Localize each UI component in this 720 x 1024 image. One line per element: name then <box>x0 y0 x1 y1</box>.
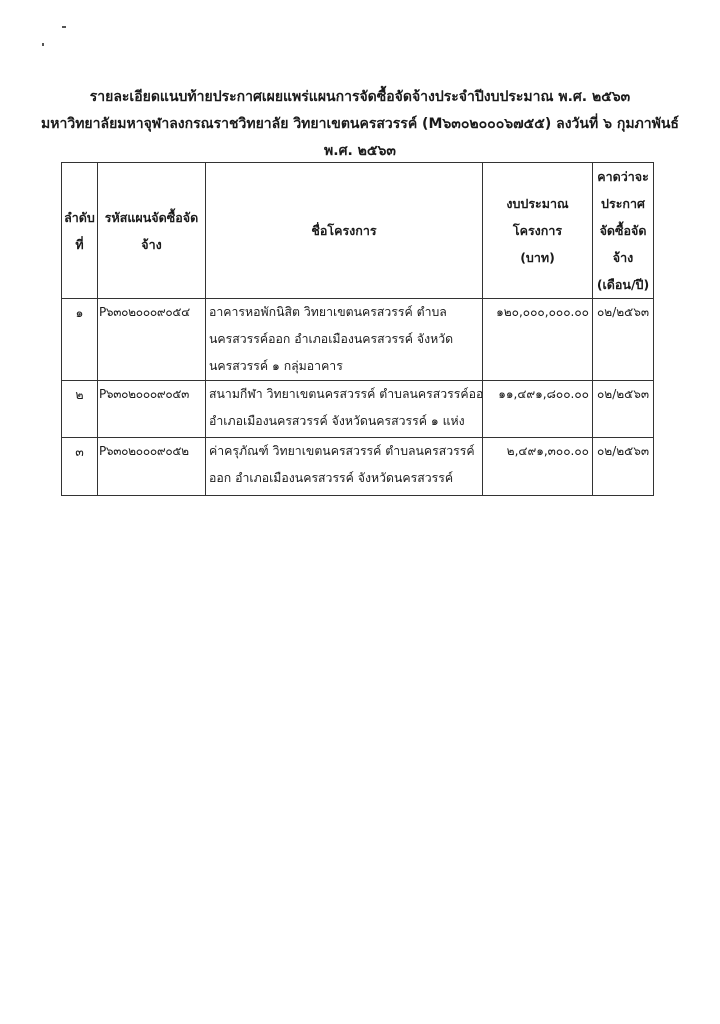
budget-amount: ๒,๔๙๑,๓๐๐.๐๐ <box>483 438 593 496</box>
text-line: จ้าง <box>593 244 653 271</box>
document-title-line-1: รายละเอียดแนบท้ายประกาศเผยแพร่แผนการจัดซ… <box>0 88 720 106</box>
budget-amount: ๑๑,๔๙๑,๘๐๐.๐๐ <box>483 381 593 438</box>
plan-code: P๖๓๐๒๐๐๐๙๐๕๔ <box>98 299 206 381</box>
text-line: จ้าง <box>101 231 202 258</box>
header-sequence: ลำดับที่ <box>62 163 98 299</box>
text-line: ค่าครุภัณฑ์ วิทยาเขตนครสวรรค์ ตำบลนครสวร… <box>209 438 479 465</box>
text-line: นครสวรรค์ออก อำเภอเมืองนครสวรรค์ จังหวัด <box>209 326 479 353</box>
table-row: ๒ P๖๓๐๒๐๐๐๙๐๕๓ สนามกีฬา วิทยาเขตนครสวรรค… <box>62 381 654 438</box>
text-line: (บาท) <box>486 244 589 271</box>
text-line: ชื่อโครงการ <box>209 217 479 244</box>
row-number: ๑ <box>62 299 98 381</box>
table-header-row: ลำดับที่ รหัสแผนจัดซื้อจัดจ้าง ชื่อโครงก… <box>62 163 654 299</box>
expected-date: ๐๒/๒๕๖๓ <box>593 299 654 381</box>
text-line: งบประมาณ <box>486 190 589 217</box>
procurement-plan-table: ลำดับที่ รหัสแผนจัดซื้อจัดจ้าง ชื่อโครงก… <box>61 162 654 496</box>
text-line: รหัสแผนจัดซื้อจัด <box>101 204 202 231</box>
text-line: สนามกีฬา วิทยาเขตนครสวรรค์ ตำบลนครสวรรค์… <box>209 381 479 408</box>
header-expected-date: คาดว่าจะประกาศจัดซื้อจัดจ้าง(เดือน/ปี) <box>593 163 654 299</box>
text-line: ออก อำเภอเมืองนครสวรรค์ จังหวัดนครสวรรค์ <box>209 465 479 492</box>
text-line: โครงการ <box>486 217 589 244</box>
plan-code: P๖๓๐๒๐๐๐๙๐๕๒ <box>98 438 206 496</box>
text-line: ลำดับ <box>62 204 97 231</box>
project-name: สนามกีฬา วิทยาเขตนครสวรรค์ ตำบลนครสวรรค์… <box>206 381 483 438</box>
budget-amount: ๑๒๐,๐๐๐,๐๐๐.๐๐ <box>483 299 593 381</box>
row-number: ๒ <box>62 381 98 438</box>
text-line: คาดว่าจะ <box>593 163 653 190</box>
text-line: จัดซื้อจัด <box>593 217 653 244</box>
text-line: อาคารหอพักนิสิต วิทยาเขตนครสวรรค์ ตำบล <box>209 299 479 326</box>
text-line: นครสวรรค์ ๑ กลุ่มอาคาร <box>209 353 479 380</box>
document-title-line-2: มหาวิทยาลัยมหาจุฬาลงกรณราชวิทยาลัย วิทยา… <box>0 115 720 133</box>
text-line: (เดือน/ปี) <box>593 271 653 298</box>
project-name: อาคารหอพักนิสิต วิทยาเขตนครสวรรค์ ตำบลนค… <box>206 299 483 381</box>
scan-speck <box>42 43 44 46</box>
text-line: อำเภอเมืองนครสวรรค์ จังหวัดนครสวรรค์ ๑ แ… <box>209 408 479 435</box>
expected-date: ๐๒/๒๕๖๓ <box>593 381 654 438</box>
plan-code: P๖๓๐๒๐๐๐๙๐๕๓ <box>98 381 206 438</box>
header-project-name: ชื่อโครงการ <box>206 163 483 299</box>
text-line: ที่ <box>62 231 97 258</box>
expected-date: ๐๒/๒๕๖๓ <box>593 438 654 496</box>
table-row: ๑ P๖๓๐๒๐๐๐๙๐๕๔ อาคารหอพักนิสิต วิทยาเขตน… <box>62 299 654 381</box>
row-number: ๓ <box>62 438 98 496</box>
table-row: ๓ P๖๓๐๒๐๐๐๙๐๕๒ ค่าครุภัณฑ์ วิทยาเขตนครสว… <box>62 438 654 496</box>
text-line: ประกาศ <box>593 190 653 217</box>
document-title-line-3: พ.ศ. ๒๕๖๓ <box>0 142 720 160</box>
header-plan-code: รหัสแผนจัดซื้อจัดจ้าง <box>98 163 206 299</box>
project-name: ค่าครุภัณฑ์ วิทยาเขตนครสวรรค์ ตำบลนครสวร… <box>206 438 483 496</box>
header-budget: งบประมาณโครงการ(บาท) <box>483 163 593 299</box>
scan-speck <box>62 26 66 28</box>
